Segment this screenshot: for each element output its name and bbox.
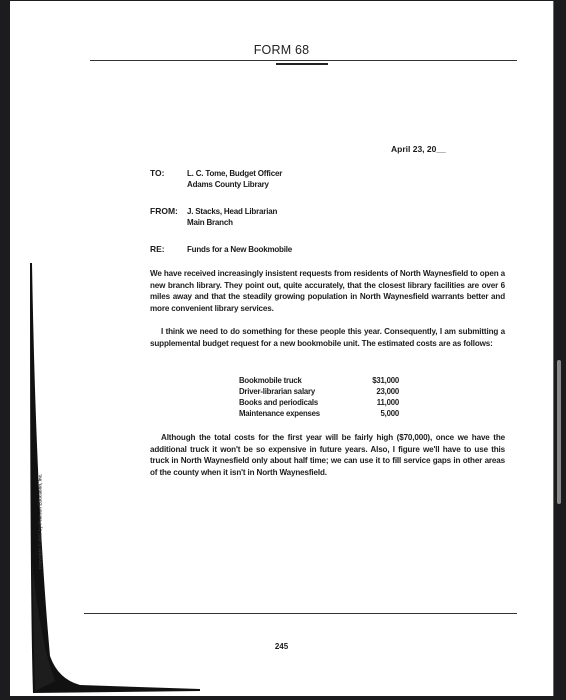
re-label: RE: bbox=[150, 244, 165, 254]
form-title: FORM 68 bbox=[10, 43, 553, 57]
cost-table: Bookmobile truck $31,000 Driver-libraria… bbox=[239, 375, 399, 419]
page-number: 245 bbox=[10, 642, 553, 651]
to-label: TO: bbox=[150, 168, 164, 178]
cost-row: Driver-librarian salary 23,000 bbox=[239, 386, 399, 397]
cost-item: Maintenance expenses bbox=[239, 408, 320, 419]
to-line-1: L. C. Tome, Budget Officer bbox=[187, 168, 282, 179]
cost-row: Books and periodicals 11,000 bbox=[239, 397, 399, 408]
memo-date: April 23, 20__ bbox=[391, 144, 446, 154]
header-title-underline bbox=[276, 63, 328, 65]
from-sender: J. Stacks, Head Librarian Main Branch bbox=[187, 206, 277, 228]
from-line-2: Main Branch bbox=[187, 217, 277, 228]
paragraph-3: Although the total costs for the first y… bbox=[150, 432, 505, 478]
cost-item: Books and periodicals bbox=[239, 397, 318, 408]
cost-item: Driver-librarian salary bbox=[239, 386, 315, 397]
to-recipient: L. C. Tome, Budget Officer Adams County … bbox=[187, 168, 282, 190]
cost-amount: 11,000 bbox=[359, 397, 399, 408]
footer-rule bbox=[84, 613, 517, 614]
paragraph-2: I think we need to do something for thes… bbox=[150, 326, 505, 349]
cost-row: Bookmobile truck $31,000 bbox=[239, 375, 399, 386]
document-viewer: FORM 68 April 23, 20__ TO: L. C. Tome, B… bbox=[0, 0, 566, 700]
vertical-scrollbar[interactable] bbox=[555, 0, 566, 700]
header-rule bbox=[90, 60, 517, 61]
re-subject: Funds for a New Bookmobile bbox=[187, 244, 292, 255]
cost-item: Bookmobile truck bbox=[239, 375, 302, 386]
cost-row: Maintenance expenses 5,000 bbox=[239, 408, 399, 419]
cost-amount: $31,000 bbox=[359, 375, 399, 386]
copyright-notice: Copyright © 2007 by Pearson Education, I… bbox=[38, 462, 43, 582]
from-label: FROM: bbox=[150, 206, 178, 216]
to-line-2: Adams County Library bbox=[187, 179, 282, 190]
scrollbar-thumb[interactable] bbox=[557, 360, 561, 504]
document-page: FORM 68 April 23, 20__ TO: L. C. Tome, B… bbox=[10, 1, 554, 696]
paragraph-1: We have received increasingly insistent … bbox=[150, 268, 505, 314]
cost-amount: 23,000 bbox=[359, 386, 399, 397]
cost-amount: 5,000 bbox=[359, 408, 399, 419]
from-line-1: J. Stacks, Head Librarian bbox=[187, 206, 277, 217]
